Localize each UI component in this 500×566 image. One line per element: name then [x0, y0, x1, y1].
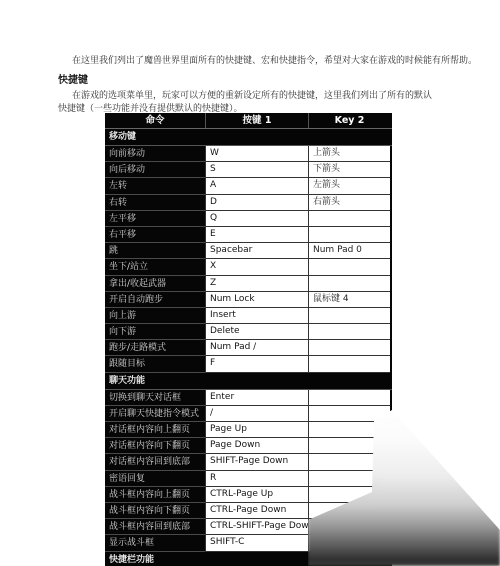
command-cell: 战斗框内容回到底部 [105, 519, 205, 535]
table-row: 战斗框内容向下翻页CTRL-Page Down [105, 503, 392, 519]
command-cell: 向下游 [105, 324, 205, 340]
command-cell: 跟随目标 [105, 356, 205, 372]
command-cell: 坐下/站立 [105, 259, 205, 275]
table-row: 向上游Insert [105, 308, 392, 324]
key1-cell: CTRL-SHIFT-Page Down [205, 519, 308, 535]
key1-cell: Num Lock [205, 292, 308, 308]
key1-cell: Z [205, 276, 308, 292]
key1-cell: SHIFT-C [205, 535, 308, 551]
command-cell: 右平移 [105, 227, 205, 243]
table-row: 跳SpacebarNum Pad 0 [105, 243, 392, 259]
key2-cell [308, 276, 390, 292]
section-label: 快捷栏功能 [109, 555, 154, 565]
section-label: 移动键 [109, 132, 136, 142]
command-cell: 切换到聊天对话框 [105, 390, 205, 406]
table-row: 对话框内容向上翻页Page Up [105, 422, 392, 438]
command-cell: 向上游 [105, 308, 205, 324]
key2-cell [308, 308, 390, 324]
table-row: 密语回复R [105, 471, 392, 487]
command-cell: 对话框内容向下翻页 [105, 438, 205, 454]
key1-cell: CTRL-Page Up [205, 487, 308, 503]
key2-cell: 右箭头 [308, 195, 390, 211]
command-cell: 左转 [105, 178, 205, 194]
key1-cell: S [205, 162, 308, 178]
key2-cell [308, 340, 390, 356]
command-cell: 左平移 [105, 211, 205, 227]
key1-cell: Insert [205, 308, 308, 324]
key2-cell [308, 487, 390, 503]
key1-cell: Q [205, 211, 308, 227]
table-row: 战斗框内容向上翻页CTRL-Page Up [105, 487, 392, 503]
table-header-row: 命令 按键 1 Key 2 [105, 113, 392, 129]
col-header-command: 命令 [105, 113, 205, 128]
table-row: 坐下/站立X [105, 259, 392, 275]
table-row: 右转D右箭头 [105, 195, 392, 211]
key2-cell [308, 390, 390, 406]
key1-cell: Enter [205, 390, 308, 406]
table-row: 拿出/收起武器Z [105, 276, 392, 292]
key2-cell [308, 324, 390, 340]
table-row: 显示战斗框SHIFT-C [105, 535, 392, 551]
command-cell: 右转 [105, 195, 205, 211]
command-cell: 战斗框内容向下翻页 [105, 503, 205, 519]
key2-cell [308, 356, 390, 372]
key2-cell [308, 211, 390, 227]
key2-cell: Num Pad 0 [308, 243, 390, 259]
key1-cell: / [205, 406, 308, 422]
command-cell: 对话框内容向上翻页 [105, 422, 205, 438]
key1-cell: Page Down [205, 438, 308, 454]
key2-cell [308, 406, 390, 422]
key1-cell: X [205, 259, 308, 275]
command-cell: 跳 [105, 243, 205, 259]
key2-cell [308, 259, 390, 275]
key2-cell [308, 471, 390, 487]
table-row: 跑步/走路模式Num Pad / [105, 340, 392, 356]
key2-cell [308, 503, 390, 519]
table-section-row: 移动键 [105, 129, 392, 146]
table-row: 开启聊天快捷指令模式/ [105, 406, 392, 422]
section-heading: 快捷键 [58, 71, 462, 86]
table-row: 向下游Delete [105, 324, 392, 340]
command-cell: 战斗框内容向上翻页 [105, 487, 205, 503]
table-section-row: 快捷栏功能 [105, 552, 392, 566]
table-row: 向后移动S下箭头 [105, 162, 392, 178]
key2-cell [308, 535, 390, 551]
command-cell: 跑步/走路模式 [105, 340, 205, 356]
key1-cell: Num Pad / [205, 340, 308, 356]
hotkey-table: 命令 按键 1 Key 2 移动键向前移动W上箭头向后移动S下箭头左转A左箭头右… [105, 113, 392, 566]
table-row: 对话框内容回到底部SHIFT-Page Down [105, 454, 392, 470]
col-header-key2: Key 2 [308, 113, 390, 128]
table-row: 左平移Q [105, 211, 392, 227]
key2-cell: 上箭头 [308, 146, 390, 162]
command-cell: 密语回复 [105, 471, 205, 487]
table-row: 对话框内容向下翻页Page Down [105, 438, 392, 454]
table-row: 向前移动W上箭头 [105, 146, 392, 162]
intro-paragraph: 在这里我们列出了魔兽世界里面所有的快捷键、宏和快捷指令，希望对大家在游戏的时候能… [58, 54, 462, 67]
key2-cell: 下箭头 [308, 162, 390, 178]
key1-cell: E [205, 227, 308, 243]
intro-text-block: 在这里我们列出了魔兽世界里面所有的快捷键、宏和快捷指令，希望对大家在游戏的时候能… [58, 54, 462, 115]
key1-cell: W [205, 146, 308, 162]
key1-cell: Page Up [205, 422, 308, 438]
key2-cell [308, 438, 390, 454]
command-cell: 向前移动 [105, 146, 205, 162]
col-header-key1: 按键 1 [205, 113, 308, 128]
table-row: 战斗框内容回到底部CTRL-SHIFT-Page Down [105, 519, 392, 535]
section-label: 聊天功能 [109, 376, 145, 386]
command-cell: 显示战斗框 [105, 535, 205, 551]
table-row: 左转A左箭头 [105, 178, 392, 194]
key1-cell: D [205, 195, 308, 211]
key1-cell: Delete [205, 324, 308, 340]
key2-cell [308, 454, 390, 470]
table-row: 跟随目标F [105, 356, 392, 372]
table-row: 开启自动跑步Num Lock鼠标键 4 [105, 292, 392, 308]
key2-cell [308, 519, 390, 535]
command-cell: 开启自动跑步 [105, 292, 205, 308]
key1-cell: CTRL-Page Down [205, 503, 308, 519]
document-page: 在这里我们列出了魔兽世界里面所有的快捷键、宏和快捷指令，希望对大家在游戏的时候能… [0, 0, 500, 566]
key1-cell: F [205, 356, 308, 372]
command-cell: 向后移动 [105, 162, 205, 178]
table-row: 右平移E [105, 227, 392, 243]
key2-cell: 鼠标键 4 [308, 292, 390, 308]
description-line-1: 在游戏的选项菜单里，玩家可以方便的重新设定所有的快捷键，这里我们列出了所有的默认 [58, 89, 462, 102]
command-cell: 拿出/收起武器 [105, 276, 205, 292]
key2-cell [308, 422, 390, 438]
command-cell: 开启聊天快捷指令模式 [105, 406, 205, 422]
key1-cell: A [205, 178, 308, 194]
table-section-row: 聊天功能 [105, 373, 392, 390]
table-body: 移动键向前移动W上箭头向后移动S下箭头左转A左箭头右转D右箭头左平移Q右平移E跳… [105, 129, 392, 566]
key1-cell: R [205, 471, 308, 487]
key2-cell [308, 227, 390, 243]
table-row: 切换到聊天对话框Enter [105, 390, 392, 406]
command-cell: 对话框内容回到底部 [105, 454, 205, 470]
key1-cell: SHIFT-Page Down [205, 454, 308, 470]
key1-cell: Spacebar [205, 243, 308, 259]
key2-cell: 左箭头 [308, 178, 390, 194]
